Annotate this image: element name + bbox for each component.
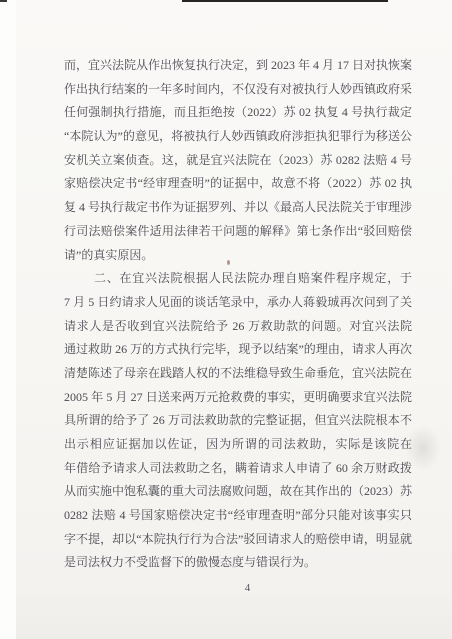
text-line: 请”的真实原因。 [64, 244, 412, 268]
scan-left-margin [0, 0, 16, 639]
scan-artifact-corner-mark [0, 0, 7, 2]
scan-artifact-top-line [182, 0, 388, 2]
text-line: 行司法赔偿案件适用法律若干问题的解释》第七条作出“驳回赔偿申 [64, 220, 412, 244]
text-line: 7 月 5 日约请求人见面的谈话笔录中，承办人蒋毅珹再次问到了关于 [64, 291, 412, 315]
text-line: 二、在宜兴法院根据人民法院办理自赔案件程序规定，于 2023 年 [64, 267, 412, 291]
text-line: 0282 法赔 4 号国家赔偿决定书“经审理查明”部分只能对该事实只 [64, 504, 412, 528]
paragraph: 而，宜兴法院从作出恢复执行决定，到 2023 年 4 月 17 日对执恢案件 作… [64, 54, 412, 267]
text-line: 家赔偿决定书“经审理查明”的证据中，故意不将（2022）苏 02 执 [64, 172, 412, 196]
text-line: 2005 年 5 月 27 日送来两万元抢救费的事实，更明确要求宜兴法院出 [64, 386, 412, 410]
text-line: 从而实施中饱私囊的重大司法腐败问题，故在其作出的（2023）苏 [64, 480, 412, 504]
text-line: 是司法权力不受监督下的傲慢态度与错误行为。 [64, 551, 412, 575]
text-line: 请求人是否收到宜兴法院给予 26 万救助款的问题。对宜兴法院以“已 [64, 315, 412, 339]
text-line: “本院认为”的意见，将被执行人妙西镇政府涉拒执犯罪行为移送公 [64, 125, 412, 149]
text-line: 通过救助 26 万的方式执行完毕，现予以结案”的理由，请求人再次 [64, 338, 412, 362]
text-line: 清楚陈述了母亲在践踏人权的不法维稳导致生命垂危，宜兴法院在 [64, 362, 412, 386]
text-line: 年借给予请求人司法救助之名，瞒着请求人申请了 60 余万财政拨款， [64, 457, 412, 481]
scanned-document-page: 而，宜兴法院从作出恢复执行决定，到 2023 年 4 月 17 日对执恢案件 作… [0, 0, 452, 639]
paragraph: 二、在宜兴法院根据人民法院办理自赔案件程序规定，于 2023 年 7 月 5 日… [64, 267, 412, 575]
page-number: 4 [64, 582, 432, 594]
text-line: 复 4 号执行裁定书作为证据罗列、并以《最高人民法院关于审理涉执 [64, 196, 412, 220]
text-line: 安机关立案侦查。这，就是宜兴法院在（2023）苏 0282 法赔 4 号国 [64, 149, 412, 173]
text-line: 字不提，却以“本院执行行为合法”驳回请求人的赔偿申请，明显就 [64, 528, 412, 552]
document-body-text: 而，宜兴法院从作出恢复执行决定，到 2023 年 4 月 17 日对执恢案件 作… [64, 54, 412, 575]
text-line: 而，宜兴法院从作出恢复执行决定，到 2023 年 4 月 17 日对执恢案件 [64, 54, 412, 78]
text-line: 出示相应证据加以佐证，因为所谓的司法救助，实际是该院在 2006 [64, 433, 412, 457]
text-line: 任何强制执行措施，而且拒绝按（2022）苏 02 执复 4 号执行裁定书 [64, 101, 412, 125]
text-line: 具所谓的给予了 26 万司法救助款的完整证据，但宜兴法院根本不能 [64, 409, 412, 433]
text-line: 作出执行结案的一年多时间内，不仅没有对被执行人妙西镇政府采取 [64, 78, 412, 102]
